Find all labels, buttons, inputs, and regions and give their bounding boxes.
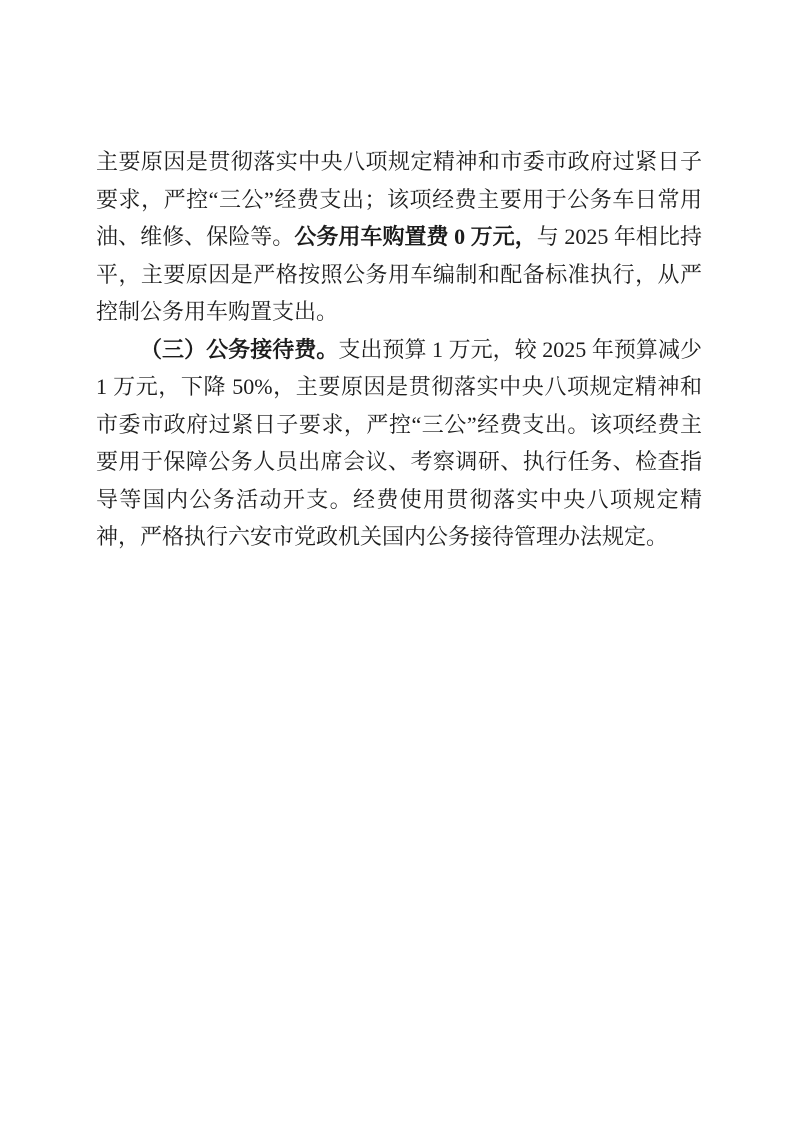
document-body: 主要原因是贯彻落实中央八项规定精神和市委市政府过紧日子要求，严控“三公”经费支出… xyxy=(96,143,702,556)
paragraph-official-vehicle-expense: 主要原因是贯彻落实中央八项规定精神和市委市政府过紧日子要求，严控“三公”经费支出… xyxy=(96,143,702,331)
text-run-bold-vehicle-purchase-fee: 公务用车购置费 0 万元， xyxy=(294,224,536,249)
text-run-bold-reception-fee-heading: （三）公务接待费。 xyxy=(140,337,338,362)
text-run: 支出预算 1 万元，较 2025 年预算减少 1 万元，下降 50%，主要原因是… xyxy=(96,337,702,550)
paragraph-official-reception-expense: （三）公务接待费。支出预算 1 万元，较 2025 年预算减少 1 万元，下降 … xyxy=(96,331,702,556)
document-page: 主要原因是贯彻落实中央八项规定精神和市委市政府过紧日子要求，严控“三公”经费支出… xyxy=(0,0,793,1122)
